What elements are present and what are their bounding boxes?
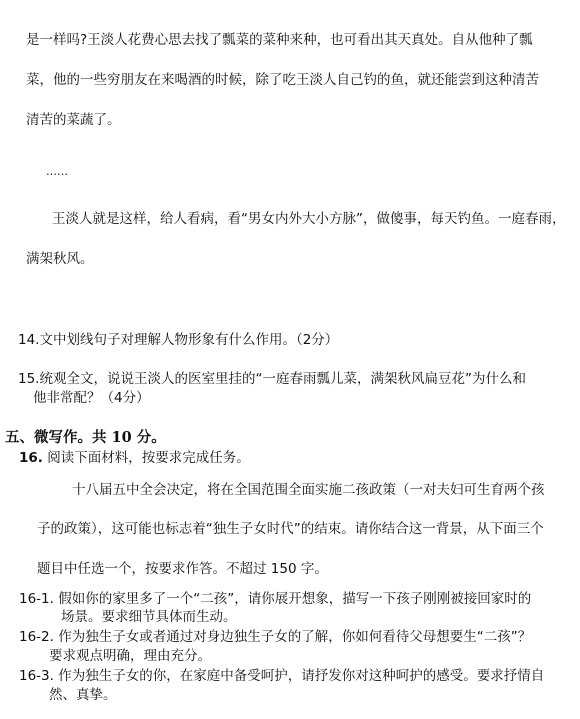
- question-15-line-1: 15.统观全文，说说王淡人的医室里挂的“一庭春雨瓢儿菜，满架秋风扁豆花”为什么和: [18, 371, 526, 387]
- passage-line-3: 清苦的菜蔬了。: [26, 112, 121, 128]
- option-16-1-line-1: 16-1. 假如你的家里多了一个“二孩”，请你展开想象，描写一下孩子刚刚被接回家…: [19, 591, 531, 607]
- option-16-2-text: 作为独生子女或者通过对身边独生子女的了解，你如何看待父母想要生“二孩”？: [58, 629, 531, 645]
- option-16-2-line-1: 16-2. 作为独生子女或者通过对身边独生子女的了解，你如何看待父母想要生“二孩…: [19, 629, 531, 645]
- passage-closing-line-2: 满架秋风。: [26, 251, 94, 267]
- question-16: 16. 阅读下面材料，按要求完成任务。: [19, 450, 250, 466]
- option-16-3-text: 作为独生子女的你，在家庭中备受呵护，请抒发你对这种呵护的感受。要求抒情自: [58, 668, 544, 684]
- option-16-1-line-2: 场景。要求细节具体而生动。: [61, 609, 237, 625]
- option-16-3-number: 16-3.: [19, 668, 54, 684]
- material-line-2: 子的政策），这可能也标志着“独生子女时代”的结束。请你结合这一背景，从下面三个: [37, 521, 544, 537]
- option-16-1-number: 16-1.: [19, 591, 54, 607]
- passage-line-1: 是一样吗?王淡人花费心思去找了瓢菜的菜种来种，也可看出其天真处。自从他种了瓢: [26, 32, 533, 48]
- option-16-2-line-2: 要求观点明确，理由充分。: [49, 648, 211, 664]
- option-16-1-text: 假如你的家里多了一个“二孩”，请你展开想象，描写一下孩子刚刚被接回家时的: [58, 591, 531, 607]
- question-14: 14.文中划线句子对理解人物形象有什么作用。（2分）: [18, 332, 338, 348]
- question-15-line-2: 他非常配？（4分）: [33, 390, 150, 406]
- material-line-3: 题目中任选一个，按要求作答。不超过 150 字。: [37, 561, 328, 577]
- passage-ellipsis: ……: [46, 164, 68, 180]
- option-16-2-number: 16-2.: [19, 629, 54, 645]
- option-16-3-line-1: 16-3. 作为独生子女的你，在家庭中备受呵护，请抒发你对这种呵护的感受。要求抒…: [19, 668, 544, 684]
- question-16-number: 16.: [19, 450, 43, 466]
- material-line-1: 十八届五中全会决定，将在全国范围全面实施二孩政策（一对夫妇可生育两个孩: [72, 482, 545, 498]
- question-16-prompt: 阅读下面材料，按要求完成任务。: [47, 450, 250, 466]
- passage-closing-line-1: 王淡人就是这样，给人看病，看“男女内外大小方脉”，做傻事，每天钓鱼。一庭春雨，: [52, 211, 566, 227]
- passage-line-2: 菜，他的一些穷朋友在来喝酒的时候，除了吃王淡人自己钓的鱼，就还能尝到这种清苦: [26, 72, 539, 88]
- section-five-heading: 五、微写作。共 10 分。: [5, 430, 166, 446]
- option-16-3-line-2: 然、真挚。: [49, 687, 117, 703]
